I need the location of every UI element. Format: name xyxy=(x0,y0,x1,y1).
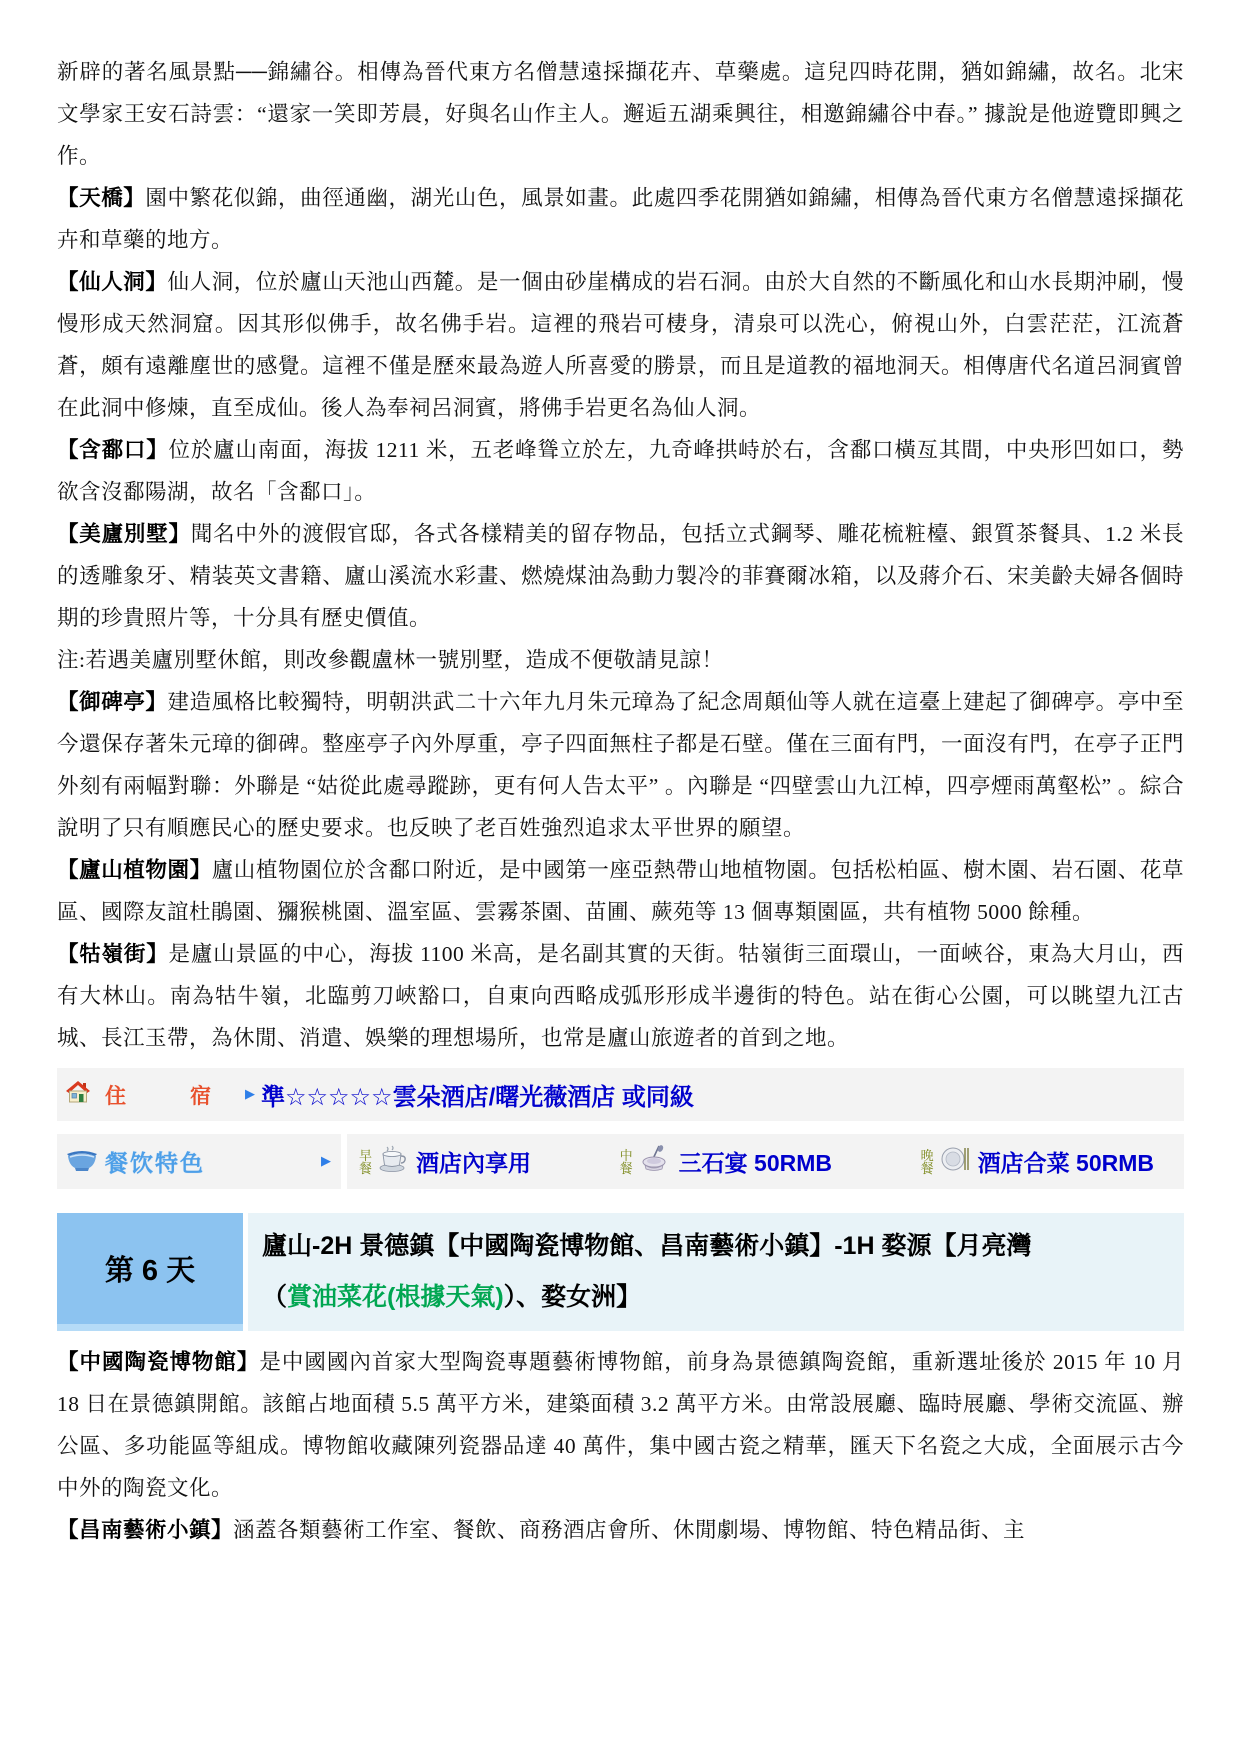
meal-label-cell: 餐饮特色 ▶ xyxy=(57,1134,341,1189)
lunch-entry: 中餐 三石宴 50RMB xyxy=(620,1145,832,1178)
day-title-paren-open: （ xyxy=(262,1283,287,1311)
section-title: 【牯嶺街】 xyxy=(57,942,169,966)
coffee-cup-icon xyxy=(378,1145,408,1178)
paragraph-guling-street: 【牯嶺街】是廬山景區的中心，海拔 1100 米高，是名副其實的天街。牯嶺街三面環… xyxy=(57,933,1184,1059)
paragraph-changnan-art-town: 【昌南藝術小鎮】涵蓋各類藝術工作室、餐飲、商務酒店會所、休閒劇場、博物館、特色精… xyxy=(57,1509,1184,1551)
dish-icon xyxy=(639,1145,671,1178)
day-title-suffix: ）、婺女洲】 xyxy=(504,1283,642,1311)
paragraph-ceramic-museum: 【中國陶瓷博物館】是中國國內首家大型陶瓷專題藝術博物館，前身為景德鎮陶瓷館，重新… xyxy=(57,1341,1184,1509)
paragraph-tianqiao: 【天橋】園中繁花似錦，曲徑通幽，湖光山色，風景如畫。此處四季花開猶如錦繡，相傳為… xyxy=(57,177,1184,261)
breakfast-entry: 早餐 酒店內享用 xyxy=(359,1145,531,1178)
arrow-right-icon: ▶ xyxy=(245,1087,255,1102)
paragraph-text: 建造風格比較獨特，明朝洪武二十六年九月朱元璋為了紀念周顛仙等人就在這臺上建起了御… xyxy=(57,690,1184,840)
paragraph-text: 園中繁花似錦，曲徑通幽，湖光山色，風景如畫。此處四季花開猶如錦繡，相傳為晉代東方… xyxy=(57,186,1184,252)
paragraph-text: 是廬山景區的中心，海拔 1100 米高，是名副其實的天街。牯嶺街三面環山，一面峽… xyxy=(57,942,1184,1050)
paragraph-jinxiu-valley: 新辟的著名風景點──錦繡谷。相傳為晉代東方名僧慧遠採擷花卉、草藥處。這兒四時花開… xyxy=(57,51,1184,177)
paragraph-yubeiting: 【御碑亭】建造風格比較獨特，明朝洪武二十六年九月朱元璋為了紀念周顛仙等人就在這臺… xyxy=(57,681,1184,849)
paragraph-text: 涵蓋各類藝術工作室、餐飲、商務酒店會所、休閒劇場、博物館、特色精品街、主 xyxy=(233,1518,1025,1542)
section-title: 【昌南藝術小鎮】 xyxy=(57,1518,233,1542)
lunch-text: 三石宴 50RMB xyxy=(679,1145,832,1178)
day-title-line2: （賞油菜花(根據天氣)）、婺女洲】 xyxy=(262,1272,1174,1323)
section-title: 【天橋】 xyxy=(57,186,145,210)
meal-content-cell: 早餐 酒店內享用 中餐 xyxy=(347,1134,1184,1189)
house-icon xyxy=(65,1080,91,1109)
paragraph-meilu-villa: 【美廬別墅】聞名中外的渡假官邸，各式各樣精美的留存物品，包括立式鋼琴、雕花梳粧檯… xyxy=(57,513,1184,639)
section-title: 【含鄱口】 xyxy=(57,438,169,462)
meal-label-text: 餐饮特色 xyxy=(105,1145,205,1178)
stay-char-zhu: 住 xyxy=(105,1080,126,1110)
breakfast-period-label: 早餐 xyxy=(359,1149,375,1175)
paragraph-text: 廬山植物園位於含鄱口附近，是中國第一座亞熱帶山地植物園。包括松柏區、樹木園、岩石… xyxy=(57,858,1184,924)
paragraph-text: 仙人洞，位於廬山天池山西麓。是一個由砂崖構成的岩石洞。由於大自然的不斷風化和山水… xyxy=(57,270,1184,420)
dinner-period-label: 晚餐 xyxy=(921,1149,937,1175)
day-number-cell: 第 6 天 xyxy=(57,1213,243,1331)
paragraph-text: 注:若遇美廬別墅休館，則改參觀盧林一號別墅，造成不便敬請見諒！ xyxy=(57,648,723,672)
paragraph-text: 新辟的著名風景點──錦繡谷。相傳為晉代東方名僧慧遠採擷花卉、草藥處。這兒四時花開… xyxy=(57,60,1184,168)
stay-char-su: 宿 xyxy=(190,1080,211,1110)
breakfast-text: 酒店內享用 xyxy=(416,1145,531,1178)
day-title-cell: 廬山-2H 景德鎮【中國陶瓷博物館、昌南藝術小鎮】-1H 婺源【月亮灣 （賞油菜… xyxy=(248,1213,1184,1331)
document-page: 新辟的著名風景點──錦繡谷。相傳為晉代東方名僧慧遠採擷花卉、草藥處。這兒四時花開… xyxy=(0,0,1241,1551)
plate-icon xyxy=(940,1145,970,1178)
arrow-right-icon: ▶ xyxy=(321,1154,331,1169)
paragraph-text: 聞名中外的渡假官邸，各式各樣精美的留存物品，包括立式鋼琴、雕花梳粧檯、銀質茶餐具… xyxy=(57,522,1184,630)
paragraph-hanpokou: 【含鄱口】位於廬山南面，海拔 1211 米，五老峰聳立於左，九奇峰拱峙於右，含鄱… xyxy=(57,429,1184,513)
hotel-label-area: 住 宿 xyxy=(57,1080,243,1110)
section-title: 【廬山植物園】 xyxy=(57,858,212,882)
hotel-row: 住 宿 ▶ 準☆☆☆☆☆雲朵酒店/曙光薇酒店 或同級 xyxy=(57,1068,1184,1121)
rice-bowl-icon xyxy=(65,1146,99,1177)
day-title-green-note: 賞油菜花(根據天氣) xyxy=(287,1283,504,1311)
paragraph-text: 位於廬山南面，海拔 1211 米，五老峰聳立於左，九奇峰拱峙於右，含鄱口橫亙其間… xyxy=(57,438,1184,504)
paragraph-xianrendong: 【仙人洞】仙人洞，位於廬山天池山西麓。是一個由砂崖構成的岩石洞。由於大自然的不斷… xyxy=(57,261,1184,429)
section-title: 【御碑亭】 xyxy=(57,690,168,714)
day-6-header-row: 第 6 天 廬山-2H 景德鎮【中國陶瓷博物館、昌南藝術小鎮】-1H 婺源【月亮… xyxy=(57,1213,1184,1331)
dinner-text: 酒店合菜 50RMB xyxy=(978,1145,1154,1178)
dinner-entry: 晚餐 酒店合菜 50RMB xyxy=(921,1145,1154,1178)
day-title-line1: 廬山-2H 景德鎮【中國陶瓷博物館、昌南藝術小鎮】-1H 婺源【月亮灣 xyxy=(262,1221,1174,1272)
meal-row: 餐饮特色 ▶ 早餐 酒店內享用 中餐 xyxy=(57,1134,1184,1189)
section-title: 【美廬別墅】 xyxy=(57,522,191,546)
section-title: 【中國陶瓷博物館】 xyxy=(57,1350,259,1374)
paragraph-note: 注:若遇美廬別墅休館，則改參觀盧林一號別墅，造成不便敬請見諒！ xyxy=(57,639,1184,681)
lunch-period-label: 中餐 xyxy=(620,1149,636,1175)
hotel-name-text: 準☆☆☆☆☆雲朵酒店/曙光薇酒店 或同級 xyxy=(261,1077,694,1112)
section-title: 【仙人洞】 xyxy=(57,270,168,294)
paragraph-botanical-garden: 【廬山植物園】廬山植物園位於含鄱口附近，是中國第一座亞熱帶山地植物園。包括松柏區… xyxy=(57,849,1184,933)
